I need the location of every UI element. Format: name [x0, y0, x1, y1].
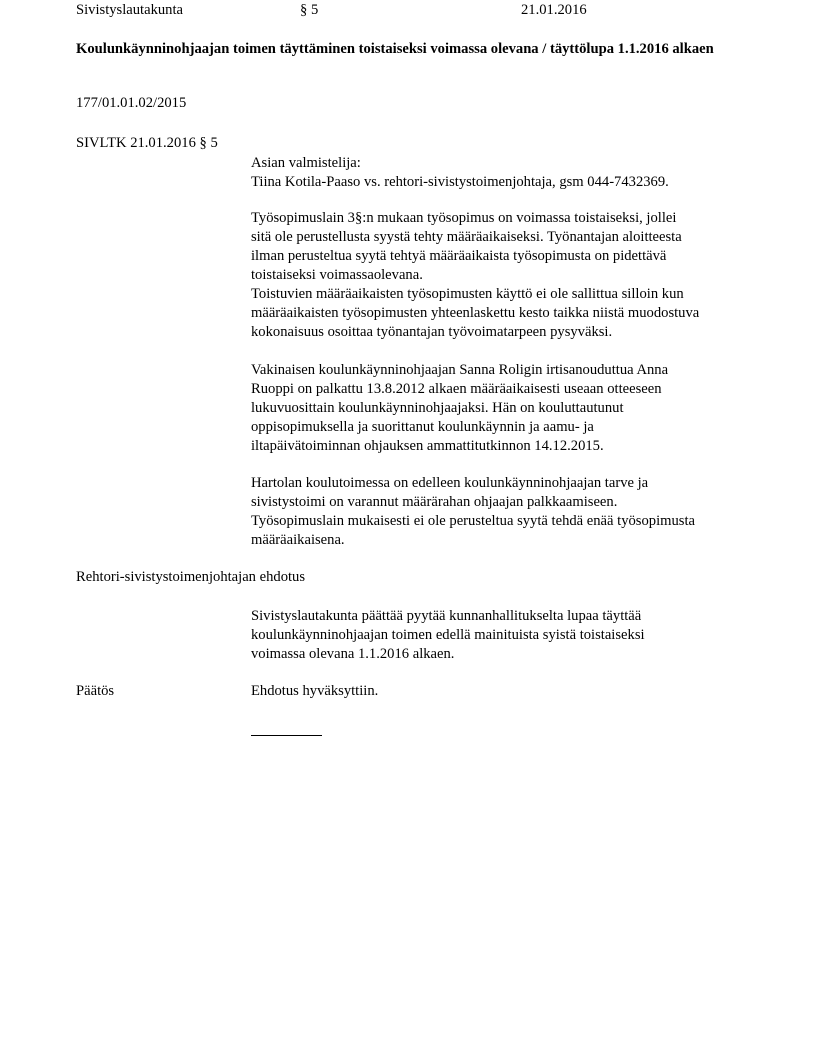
text-line: iltapäivätoiminnan ohjauksen ammattitutk…: [251, 437, 761, 456]
text-line: lukuvuosittain koulunkäynninohjaajaksi. …: [251, 399, 761, 418]
section-number: § 5: [300, 2, 318, 19]
text-line: koulunkäynninohjaajan toimen edellä main…: [251, 626, 761, 645]
text-line: määräaikaisena.: [251, 531, 761, 550]
text-line: kokonaisuus osoittaa työnantajan työvoim…: [251, 323, 761, 342]
decision-label: Päätös: [76, 683, 114, 700]
meeting-reference: SIVLTK 21.01.2016 § 5: [76, 135, 218, 152]
text-line: Toistuvien määräaikaisten työsopimusten …: [251, 285, 761, 304]
text-line: määräaikaisten työsopimusten yhteenlaske…: [251, 304, 761, 323]
text-line: Vakinaisen koulunkäynninohjaajan Sanna R…: [251, 361, 761, 380]
record-number: 177/01.01.02/2015: [76, 95, 186, 112]
committee-name: Sivistyslautakunta: [76, 2, 183, 19]
proposal-label: Rehtori-sivistystoimenjohtajan ehdotus: [76, 569, 305, 586]
decision-text: Ehdotus hyväksyttiin.: [251, 683, 378, 700]
text-line: ilman perusteltua syytä tehtyä määräaika…: [251, 247, 761, 266]
text-line: voimassa olevana 1.1.2016 alkaen.: [251, 645, 761, 664]
proposal-text: Sivistyslautakunta päättää pyytää kunnan…: [251, 607, 761, 664]
text-line: Hartolan koulutoimessa on edelleen koulu…: [251, 474, 761, 493]
text-line: oppisopimuksella ja suorittanut koulunkä…: [251, 418, 761, 437]
text-line: sitä ole perustellusta syystä tehty määr…: [251, 228, 761, 247]
preparer-name: Tiina Kotila-Paaso vs. rehtori-sivistyst…: [251, 173, 761, 192]
text-line: Työsopimuslain mukaisesti ei ole peruste…: [251, 512, 761, 531]
meeting-date: 21.01.2016: [521, 2, 587, 19]
text-line: Ruoppi on palkattu 13.8.2012 alkaen määr…: [251, 380, 761, 399]
document-title: Koulunkäynninohjaajan toimen täyttäminen…: [76, 40, 756, 59]
preparer-block: Asian valmistelija: Tiina Kotila-Paaso v…: [251, 154, 761, 192]
text-line: sivistystoimi on varannut määrärahan ohj…: [251, 493, 761, 512]
body-paragraph-2: Vakinaisen koulunkäynninohjaajan Sanna R…: [251, 361, 761, 456]
signature-rule: [251, 735, 322, 736]
text-line: Työsopimuslain 3§:n mukaan työsopimus on…: [251, 209, 761, 228]
body-paragraph-1: Työsopimuslain 3§:n mukaan työsopimus on…: [251, 209, 761, 342]
text-line: Sivistyslautakunta päättää pyytää kunnan…: [251, 607, 761, 626]
body-paragraph-3: Hartolan koulutoimessa on edelleen koulu…: [251, 474, 761, 550]
preparer-label: Asian valmistelija:: [251, 154, 761, 173]
text-line: toistaiseksi voimassaolevana.: [251, 266, 761, 285]
